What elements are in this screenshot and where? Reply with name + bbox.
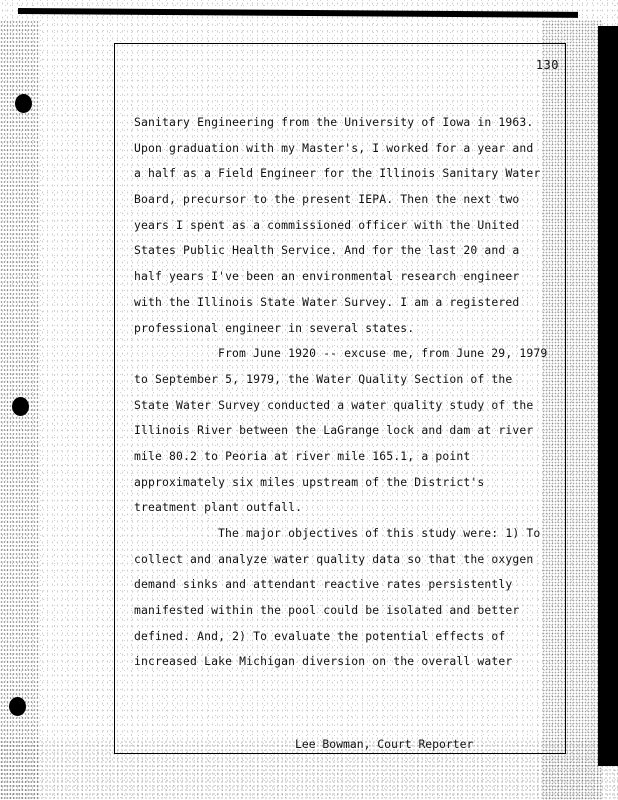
- transcript-line: a half as a Field Engineer for the Illin…: [134, 161, 574, 187]
- transcript-body: Sanitary Engineering from the University…: [134, 110, 574, 675]
- transcript-line-paragraph-start: The major objectives of this study were:…: [134, 521, 574, 547]
- transcript-line: Sanitary Engineering from the University…: [134, 110, 574, 136]
- transcript-line: manifested within the pool could be isol…: [134, 598, 574, 624]
- scan-right-edge-shadow: [598, 26, 618, 766]
- transcript-line: mile 80.2 to Peoria at river mile 165.1,…: [134, 444, 574, 470]
- binder-hole-icon: [12, 397, 29, 416]
- binder-hole-icon: [9, 697, 26, 716]
- page-number: 130: [536, 58, 559, 72]
- transcript-line: demand sinks and attendant reactive rate…: [134, 572, 574, 598]
- transcript-line: years I spent as a commissioned officer …: [134, 213, 574, 239]
- transcript-line: defined. And, 2) To evaluate the potenti…: [134, 624, 574, 650]
- transcript-line: with the Illinois State Water Survey. I …: [134, 290, 574, 316]
- transcript-line: Upon graduation with my Master's, I work…: [134, 136, 574, 162]
- transcript-line: Illinois River between the LaGrange lock…: [134, 418, 574, 444]
- scan-top-edge-shadow: [18, 8, 578, 18]
- transcript-line: collect and analyze water quality data s…: [134, 547, 574, 573]
- binder-hole-icon: [15, 94, 32, 113]
- transcript-line: treatment plant outfall.: [134, 495, 574, 521]
- transcript-line: States Public Health Service. And for th…: [134, 238, 574, 264]
- transcript-line: professional engineer in several states.: [134, 316, 574, 342]
- transcript-line: half years I've been an environmental re…: [134, 264, 574, 290]
- transcript-line: Board, precursor to the present IEPA. Th…: [134, 187, 574, 213]
- transcript-line: approximately six miles upstream of the …: [134, 470, 574, 496]
- transcript-line-paragraph-start: From June 1920 -- excuse me, from June 2…: [134, 341, 574, 367]
- court-reporter-footer: Lee Bowman, Court Reporter: [295, 737, 473, 751]
- transcript-page-frame: 130 Sanitary Engineering from the Univer…: [114, 43, 566, 754]
- transcript-line: increased Lake Michigan diversion on the…: [134, 649, 574, 675]
- transcript-line: State Water Survey conducted a water qua…: [134, 393, 574, 419]
- transcript-line: to September 5, 1979, the Water Quality …: [134, 367, 574, 393]
